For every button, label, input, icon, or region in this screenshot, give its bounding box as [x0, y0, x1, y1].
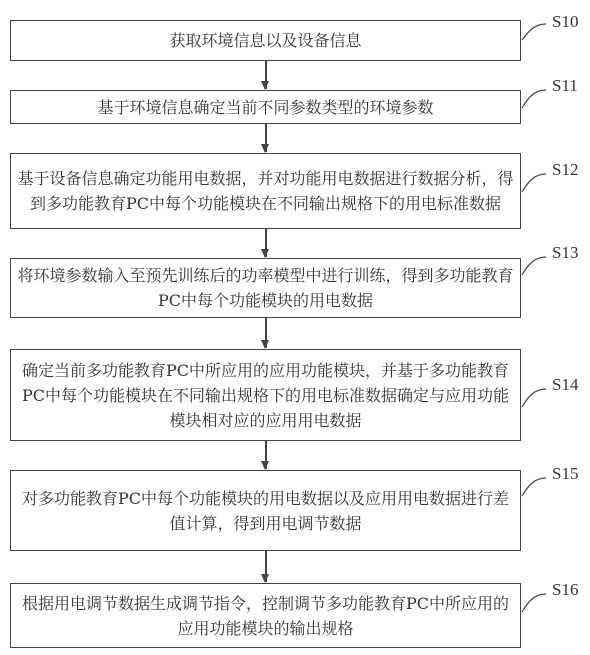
step-text-s13: 将环境参数输入至预先训练后的功率模型中进行训练，得到多功能教育PC中每个功能模块…	[15, 263, 516, 313]
leader-line-s11	[520, 86, 550, 116]
step-text-s11: 基于环境信息确定当前不同参数类型的环境参数	[97, 95, 433, 120]
arrow-s14-s15	[265, 441, 267, 469]
arrow-s10-s11	[265, 61, 267, 89]
step-box-s16: 根据用电调节数据生成调节指令，控制调节多功能教育PC中所应用的应用功能模块的输出…	[10, 583, 521, 648]
step-text-s15: 对多功能教育PC中每个功能模块的用电数据以及应用用电数据进行差值计算，得到用电调…	[15, 486, 516, 536]
leader-line-s12	[520, 170, 550, 200]
step-text-s12: 基于设备信息确定功能用电数据，并对功能用电数据进行数据分析，得到多功能教育PC中…	[15, 166, 516, 216]
leader-line-s13	[520, 253, 550, 283]
step-text-s10: 获取环境信息以及设备信息	[169, 28, 361, 53]
step-box-s10: 获取环境信息以及设备信息	[10, 20, 521, 61]
step-box-s12: 基于设备信息确定功能用电数据，并对功能用电数据进行数据分析，得到多功能教育PC中…	[10, 153, 521, 229]
arrow-s15-s16	[265, 551, 267, 582]
step-box-s13: 将环境参数输入至预先训练后的功率模型中进行训练，得到多功能教育PC中每个功能模块…	[10, 258, 521, 318]
step-label-s15: S15	[552, 464, 578, 484]
step-label-s14: S14	[552, 375, 578, 395]
step-label-s16: S16	[552, 580, 578, 600]
step-label-s11: S11	[552, 76, 578, 96]
leader-line-s14	[520, 385, 550, 415]
step-text-s14: 确定当前多功能教育PC中所应用的应用功能模块，并基于多功能教育PC中每个功能模块…	[15, 358, 516, 433]
leader-line-s16	[520, 590, 550, 620]
step-label-s13: S13	[552, 243, 578, 263]
step-label-s12: S12	[552, 160, 578, 180]
arrow-s13-s14	[265, 318, 267, 348]
step-label-s10: S10	[552, 12, 578, 32]
step-box-s15: 对多功能教育PC中每个功能模块的用电数据以及应用用电数据进行差值计算，得到用电调…	[10, 470, 521, 551]
leader-line-s10	[520, 22, 550, 52]
step-box-s11: 基于环境信息确定当前不同参数类型的环境参数	[10, 90, 521, 124]
arrow-s12-s13	[265, 229, 267, 257]
step-text-s16: 根据用电调节数据生成调节指令，控制调节多功能教育PC中所应用的应用功能模块的输出…	[15, 591, 516, 641]
leader-line-s15	[520, 474, 550, 504]
arrow-s11-s12	[265, 124, 267, 152]
step-box-s14: 确定当前多功能教育PC中所应用的应用功能模块，并基于多功能教育PC中每个功能模块…	[10, 349, 521, 441]
